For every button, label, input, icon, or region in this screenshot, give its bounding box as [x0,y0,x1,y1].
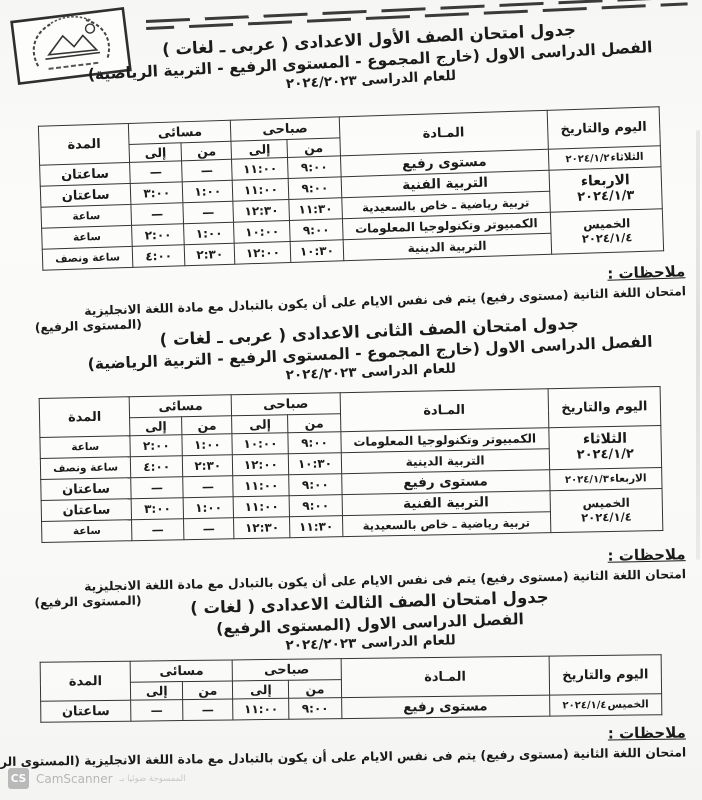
cell-pm-from: ١:٠٠ [182,180,233,203]
cell-am-to: ١١:٠٠ [233,496,289,518]
cell-pm-from: — [183,699,233,721]
year-label: للعام الدراسى [361,632,456,651]
header-morning: صباحى [232,659,340,681]
cell-am-to: ١٢:٣٠ [233,199,290,222]
cell-am-from: ٩:٠٠ [289,177,342,200]
cell-duration: ساعتان [41,478,132,501]
section3-notes: ملاحظات : امتحان اللغة الثانية (مستوى رف… [34,722,686,768]
header-subject: المـادة [341,656,550,698]
header-day: اليوم والتاريخ [547,107,660,150]
cell-pm-from: ١:٠٠ [184,222,235,245]
header-duration: المدة [40,661,131,701]
header-duration: المدة [39,397,130,438]
header-from: من [287,138,340,158]
cell-am-to: ١٠:٠٠ [234,220,291,243]
header-from: من [182,416,232,435]
year-value: ٢٠٢٤/٢٠٢٣ [286,73,358,92]
day-date: ٢٠٢٤/١/٢ [552,447,659,464]
cell-pm-to: — [130,161,183,184]
cell-duration: ساعة [41,204,132,228]
day-name: الثلاثاء [610,151,643,164]
cell-am-from: ١١:٣٠ [290,516,342,538]
cell-duration: ساعة ونصف [40,457,131,480]
cell-am-to: ١١:٠٠ [232,157,289,180]
cell-am-to: ١٢:٣٠ [234,517,290,539]
cell-day: الخميس٢٠٢٤/١/٤ [550,209,663,255]
cell-pm-from: ١:٠٠ [182,434,232,456]
header-subject: المـادة [340,389,549,432]
camscanner-arabic-text: الممسوحة ضوئيا بـ [120,774,186,784]
cell-am-from: ٩:٠٠ [290,219,343,242]
cell-am-to: ١١:٠٠ [233,698,289,720]
cell-pm-to: — [131,203,184,226]
header-subject: المـادة [339,110,548,156]
cell-pm-from: — [184,518,234,540]
cell-pm-to: ٢:٠٠ [132,224,185,247]
cell-duration: ساعتان [41,499,132,522]
camscanner-brand-text: CamScanner [36,772,113,786]
header-day: اليوم والتاريخ [548,387,661,428]
cell-day: الاربعاء٢٠٢٤/١/٣ [549,167,662,213]
header-from: من [183,681,233,700]
note-text: امتحان اللغة الثانية (مستوى رفيع) يتم فى… [34,745,686,768]
cell-pm-from: ٢:٣٠ [184,243,235,266]
notes-label: ملاحظات : [607,262,686,283]
cell-pm-to: ٤:٠٠ [130,456,182,478]
cell-am-from: ٩:٠٠ [289,698,341,720]
year-value: ٢٠٢٤/٢٠٢٣ [285,635,356,653]
cell-duration: ساعتان [41,700,131,722]
scan-edge-artifact [696,130,700,560]
header-morning: صباحى [231,393,340,416]
cell-am-from: ١٠:٣٠ [291,240,344,263]
cell-pm-from: — [182,159,233,182]
table-header-row: اليوم والتاريخ المـادة صباحى مسائى المدة [38,107,659,147]
cell-am-to: ١٢:٠٠ [235,241,292,264]
cell-pm-from: — [183,201,234,224]
cell-day: الثلاثاء٢٠٢٤/١/٢ [549,426,662,470]
cell-pm-from: — [183,476,233,498]
header-to: إلى [233,680,289,699]
cell-am-to: ١٠:٠٠ [232,433,288,455]
cell-pm-from: ٢:٣٠ [183,455,233,477]
header-evening: مسائى [130,660,232,682]
cell-am-from: ٩:٠٠ [289,474,341,496]
cell-am-from: ١٠:٣٠ [289,453,341,475]
cell-duration: ساعة [40,436,131,459]
year-label: للعام الدراسى [361,361,456,381]
cell-subject: تربية رياضية ـ خاص بالسعيدية [342,512,551,537]
cell-am-from: ١١:٣٠ [289,198,342,221]
exam-table-grade1: اليوم والتاريخ المـادة صباحى مسائى المدة… [38,106,664,270]
camscanner-logo-icon: CS [8,768,29,789]
cell-pm-from: ١:٠٠ [183,497,233,519]
cell-pm-to: ٢:٠٠ [130,435,182,457]
year-value: ٢٠٢٤/٢٠٢٣ [285,365,356,384]
cell-day: الخميس٢٠٢٤/١/٤ [549,694,661,716]
cell-pm-to: — [131,477,183,499]
cell-day: الاربعاء٢٠٢٤/١/٣ [549,468,662,491]
header-from: من [288,414,340,433]
cell-pm-to: ٤:٠٠ [132,245,185,268]
exam-table-grade2: اليوم والتاريخ المـادة صباحى مسائى المدة… [39,386,664,543]
table-header-row: اليوم والتاريخ المـادة صباحى مسائى المدة [40,655,661,684]
header-to: إلى [232,415,288,434]
cell-duration: ساعتان [40,162,131,186]
cell-duration: ساعة ونصف [42,246,133,270]
cell-pm-to: — [132,519,184,541]
cell-am-to: ١١:٠٠ [233,475,289,497]
cell-day: الخميس٢٠٢٤/١/٤ [550,489,663,533]
header-duration: المدة [38,123,129,165]
day-name: الاربعاء [610,472,647,485]
cell-am-from: ٩:٠٠ [288,156,341,179]
scanned-exam-schedule-document: جدول امتحان الصف الأول الاعدادى ( عربى ـ… [0,0,702,800]
day-date: ٢٠٢٤/١/٣ [565,474,609,486]
cell-am-from: ٩:٠٠ [288,432,340,454]
cell-subject: مستوى رفيع [341,695,550,719]
day-date: ٢٠٢٤/١/٤ [562,700,606,712]
header-from: من [181,141,232,161]
cell-pm-to: — [131,700,183,722]
cell-pm-to: ٣:٠٠ [130,182,183,205]
cell-am-to: ١٢:٠٠ [233,454,289,476]
header-day: اليوم والتاريخ [549,655,662,695]
day-date: ٢٠٢٤/١/٤ [553,230,661,246]
header-to: إلى [231,139,288,159]
exam-table-grade3: اليوم والتاريخ المـادة صباحى مسائى المدة… [40,654,663,723]
day-date: ٢٠٢٤/١/٣ [552,188,660,206]
day-date: ٢٠٢٤/١/٤ [553,510,660,525]
camscanner-watermark: CS CamScanner الممسوحة ضوئيا بـ [8,768,186,789]
header-from: من [289,680,341,699]
header-evening: مسائى [129,395,232,418]
cell-duration: ساعتان [40,183,131,207]
year-label: للعام الدراسى [361,68,456,89]
notes-label: ملاحظات : [608,723,686,742]
header-to: إلى [131,682,183,701]
cell-am-to: ١١:٠٠ [233,178,290,201]
cell-pm-to: ٣:٠٠ [131,498,183,520]
day-date: ٢٠٢٤/١/٢ [565,153,609,165]
day-name: الخميس [607,698,648,711]
header-to: إلى [129,143,182,163]
table-header-row: اليوم والتاريخ المـادة صباحى مسائى المدة [39,387,660,420]
cell-duration: ساعة [42,520,133,543]
cell-am-from: ٩:٠٠ [290,495,342,517]
cell-duration: ساعة [42,225,133,249]
header-to: إلى [130,417,182,436]
notes-label: ملاحظات : [607,545,685,565]
